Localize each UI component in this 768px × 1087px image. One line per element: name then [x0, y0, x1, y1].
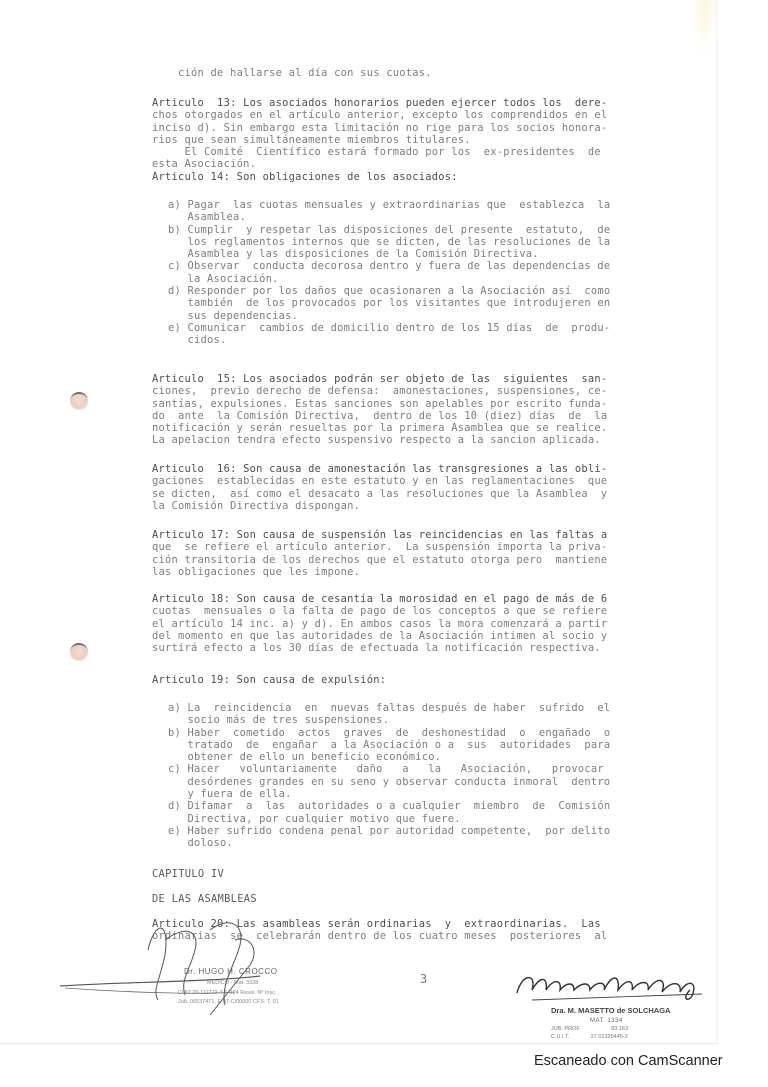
text-line: las obligaciones que les impone. [152, 566, 697, 578]
article-19-list: a) La reincidencia en nuevas faltas desp… [168, 702, 698, 850]
text-line: El Comité Científico estará formado por … [152, 146, 697, 158]
page-edge [716, 0, 718, 1045]
text-line: esta Asociación. [152, 158, 697, 170]
scanned-page: ción de hallarse al día con sus cuotas. … [0, 0, 716, 1045]
article-heading: Articulo 14: Son obligaciones de los aso… [152, 171, 697, 183]
chapter-title: CAPITULO IV [152, 868, 224, 880]
article-heading: Articulo 19: Son causa de expulsión: [152, 674, 697, 686]
text-line: del momento en que las autoridades de la… [152, 630, 697, 642]
text-line: surtirá efecto a los 30 días de efectuad… [152, 642, 697, 654]
text-line: do ante la Comisión Directiva, dentro de… [152, 410, 697, 422]
text-line: santías, expulsiones. Estas sanciones so… [152, 398, 697, 410]
list-item: c) Observar conducta decorosa dentro y f… [168, 260, 698, 272]
list-item: tratado de engañar a la Asociación o a s… [168, 739, 698, 751]
text-line: Articulo 13: Los asociados honorarios pu… [152, 97, 697, 109]
text-line: el artículo 14 inc. a) y d). En ambos ca… [152, 618, 697, 630]
list-item: e) Comunicar cambios de domicilio dentro… [168, 322, 698, 334]
stamp-right-line: MAT. 1334 [590, 1018, 623, 1024]
article-16: Articulo 16: Son causa de amonestación l… [152, 463, 697, 512]
text-line: La apelacion tendra efecto suspensivo re… [152, 434, 697, 446]
page-bottom-edge [0, 1043, 718, 1045]
article-19: Articulo 19: Son causa de expulsión: [152, 674, 697, 686]
list-item: b) Cumplir y respetar las disposiciones … [168, 224, 698, 236]
text-line: chos otorgados en el artículo anterior, … [152, 109, 697, 121]
list-item: sus dependencias. [168, 310, 698, 322]
text-line: Articulo 18: Son causa de cesantía la mo… [152, 593, 697, 605]
text-line: se dicten, así como el desacato a las re… [152, 488, 697, 500]
article-18: Articulo 18: Son causa de cesantía la mo… [152, 593, 697, 654]
list-item: doloso. [168, 837, 698, 849]
list-item: Directiva, por cualquier motivo que fuer… [168, 813, 698, 825]
article-15: Articulo 15: Los asociados podrán ser ob… [152, 373, 697, 447]
stamp-right-line: C.U.I.T. 27 01325445-2 [551, 1034, 628, 1040]
text-line: Articulo 17: Son causa de suspensión las… [152, 529, 697, 541]
article-17: Articulo 17: Son causa de suspensión las… [152, 529, 697, 578]
text-line: ciones, previo derecho de defensa: amone… [152, 385, 697, 397]
text-line: inciso d). Sin embargo esta limitación n… [152, 122, 697, 134]
list-item: Asamblea. [168, 211, 698, 223]
list-item: a) Pagar las cuotas mensuales y extraord… [168, 199, 698, 211]
stamp-right-line: JUB. PROF. 83.163 [551, 1026, 628, 1032]
text-line: la Comisión Directiva dispongan. [152, 500, 697, 512]
stamp-left-name: Dr. HUGO H. CROCCO [184, 967, 277, 976]
list-item: d) Difamar a las autoridades o a cualqui… [168, 800, 698, 812]
text-line: cuotas mensuales o la falta de pago de l… [152, 605, 697, 617]
article-13: Articulo 13: Los asociados honorarios pu… [152, 97, 697, 171]
text-line: ción de hallarse al día con sus cuotas. [152, 67, 697, 79]
list-item: e) Haber sufrido condena penal por autor… [168, 825, 698, 837]
list-item: desórdenes grandes en su seno y observar… [168, 776, 698, 788]
stamp-right-name: Dra. M. MASETTO de SOLCHAGA [551, 1006, 670, 1015]
text-line: Articulo 15: Los asociados podrán ser ob… [152, 373, 697, 385]
text-line: notificación y serán resueltas por la pr… [152, 422, 697, 434]
list-item: cidos. [168, 334, 698, 346]
stamp-left-line: MEDICO - Mat. 3328 [207, 980, 258, 986]
punch-hole-icon [70, 643, 88, 661]
text-line: que se refiere el artículo anterior. La … [152, 541, 697, 553]
chapter-subtitle: DE LAS ASAMBLEAS [152, 893, 257, 905]
list-item: Asamblea y las disposiciones de la Comis… [168, 248, 698, 260]
list-item: la Asociación. [168, 273, 698, 285]
paragraph-continuation: ción de hallarse al día con sus cuotas. [152, 67, 697, 79]
stamp-left-line: Jub. 06537471. E 07-C/00000 CFS. T. 01 [178, 999, 279, 1005]
stamp-left-line: CUIT 20-111772 4 T. 124 Resol. Nº Insc. [178, 990, 277, 996]
article-14-list: a) Pagar las cuotas mensuales y extraord… [168, 199, 698, 347]
page-number: 3 [420, 972, 427, 986]
text-line: rios que sean simultáneamente miembros t… [152, 134, 697, 146]
list-item: socio más de tres suspensiones. [168, 714, 698, 726]
list-item: b) Haber cometido actos graves de deshon… [168, 727, 698, 739]
list-item: los reglamentos internos que se dicten, … [168, 236, 698, 248]
list-item: c) Hacer voluntariamente daño a la Asoci… [168, 763, 698, 775]
list-item: obtener de ello un beneficio económico. [168, 751, 698, 763]
punch-hole-icon [70, 392, 88, 410]
list-item: y fuera de ella. [168, 788, 698, 800]
text-line: gaciones establecidas en este estatuto y… [152, 475, 697, 487]
list-item: a) La reincidencia en nuevas faltas desp… [168, 702, 698, 714]
list-item: d) Responder por los daños que ocasionar… [168, 285, 698, 297]
text-line: ción transitoria de los derechos que el … [152, 554, 697, 566]
list-item: también de los provocados por los visita… [168, 297, 698, 309]
signature-right-icon [512, 968, 712, 1008]
text-line: Articulo 16: Son causa de amonestación l… [152, 463, 697, 475]
camscanner-watermark: Escaneado con CamScanner [534, 1053, 723, 1069]
article-14: Articulo 14: Son obligaciones de los aso… [152, 171, 697, 183]
